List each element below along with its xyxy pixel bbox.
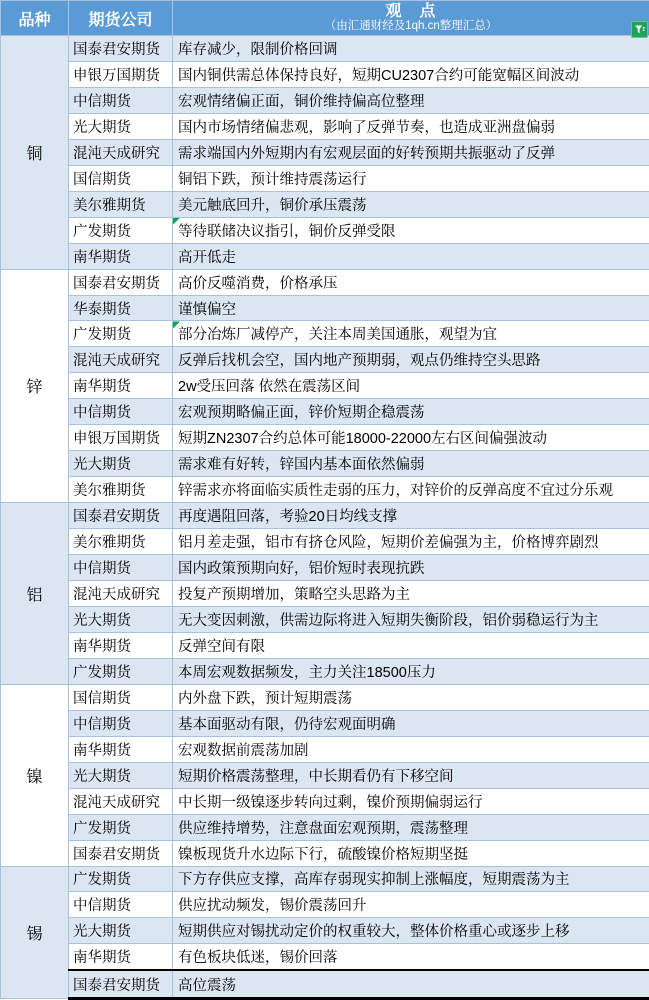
viewpoint-cell: 铜铝下跌，预计维持震荡运行 [173,165,649,191]
company-cell: 光大期货 [69,918,173,944]
viewpoint-text: 2w受压回落 依然在震荡区间 [178,379,360,395]
viewpoint-cell: 国内市场情绪偏悲观，影响了反弹节奏，也造成亚洲盘偏弱 [173,113,649,139]
viewpoint-cell: 投复产预期增加，策略空头思路为主 [173,581,649,607]
table-row: 中信期货宏观预期略偏正面，锌价短期企稳震荡 [1,399,649,425]
viewpoint-cell: 谨慎偏空 [173,295,649,321]
viewpoint-cell: 内外盘下跌，预计短期震荡 [173,684,649,710]
header-viewpoint-title: 观 点 [173,3,649,20]
table-row: 混沌天成研究需求端国内外短期内有宏观层面的好转预期共振驱动了反弹 [1,139,649,165]
table-row: 混沌天成研究反弹后找机会空，国内地产预期弱，观点仍维持空头思路 [1,347,649,373]
header-variety: 品种 [1,1,69,36]
company-cell: 华泰期货 [69,295,173,321]
viewpoint-text: 有色板块低迷，锡价回落 [178,950,338,966]
viewpoint-text: 反弹后找机会空，国内地产预期弱，观点仍维持空头思路 [178,353,541,369]
table-row: 南华期货宏观数据前震荡加剧 [1,736,649,762]
viewpoint-text: 短期价格震荡整理，中长期看仍有下移空间 [178,769,454,785]
table-row: 华泰期货谨慎偏空 [1,295,649,321]
table-row: 南华期货有色板块低迷，锡价回落 [1,944,649,971]
viewpoint-cell: 高位震荡 [173,970,649,998]
viewpoint-text: 国内政策预期向好，铝价短时表现抗跌 [178,561,425,577]
viewpoint-cell: 无大变因刺激，供需边际将进入短期失衡阶段，铝价弱稳运行为主 [173,606,649,632]
viewpoint-cell: 反弹空间有限 [173,632,649,658]
table-row: 混沌天成研究中长期一级镍逐步转向过剩，镍价预期偏弱运行 [1,788,649,814]
viewpoint-cell: 短期ZN2307合约总体可能18000-22000左右区间偏强波动 [173,425,649,451]
table-row: 南华期货高开低走 [1,243,649,269]
viewpoint-cell: 高价反噬消费，价格承压 [173,269,649,295]
viewpoint-text: 高开低走 [178,250,236,266]
company-cell: 美尔雅期货 [69,529,173,555]
table-row: 光大期货短期供应对锡扰动定价的权重较大，整体价格重心或逐步上移 [1,918,649,944]
viewpoint-cell: 需求端国内外短期内有宏观层面的好转预期共振驱动了反弹 [173,139,649,165]
company-cell: 国信期货 [69,165,173,191]
table-row: 中信期货供应扰动频发，锡价震荡回升 [1,892,649,918]
viewpoint-cell: 短期供应对锡扰动定价的权重较大，整体价格重心或逐步上移 [173,918,649,944]
table-row: 美尔雅期货铝月差走强，铝市有挤仓风险，短期价差偏强为主，价格博弈剧烈 [1,529,649,555]
company-cell: 南华期货 [69,243,173,269]
table-row: 光大期货无大变因刺激，供需边际将进入短期失衡阶段，铝价弱稳运行为主 [1,606,649,632]
company-cell: 国泰君安期货 [69,36,173,62]
company-cell: 光大期货 [69,113,173,139]
company-cell: 美尔雅期货 [69,477,173,503]
viewpoint-text: 库存减少，限制价格回调 [178,42,338,58]
funnel-icon [633,23,646,36]
viewpoint-text: 宏观预期略偏正面，锌价短期企稳震荡 [178,405,425,421]
table-row: 广发期货部分冶炼厂减停产，关注本周美国通胀，观望为宜 [1,321,649,347]
company-cell: 国信期货 [69,684,173,710]
viewpoint-cell: 锌需求亦将面临实质性走弱的压力，对锌价的反弹高度不宜过分乐观 [173,477,649,503]
company-cell: 国泰君安期货 [69,269,173,295]
table-row: 广发期货本周宏观数据频发，主力关注18500压力 [1,658,649,684]
viewpoint-cell: 美元触底回升，铜价承压震荡 [173,191,649,217]
company-cell: 国泰君安期货 [69,503,173,529]
viewpoint-text: 中长期一级镍逐步转向过剩，镍价预期偏弱运行 [178,795,483,811]
viewpoint-text: 宏观数据前震荡加剧 [178,743,309,759]
table-row: 申银万国期货短期ZN2307合约总体可能18000-22000左右区间偏强波动 [1,425,649,451]
viewpoint-cell: 国内政策预期向好，铝价短时表现抗跌 [173,555,649,581]
company-cell: 光大期货 [69,762,173,788]
variety-cell-nickel: 镍 [1,684,69,866]
company-cell: 中信期货 [69,892,173,918]
company-cell: 混沌天成研究 [69,581,173,607]
table-row: 中信期货宏观情绪偏正面，铜价维持偏高位整理 [1,87,649,113]
table-row: 混沌天成研究投复产预期增加，策略空头思路为主 [1,581,649,607]
viewpoint-text: 部分冶炼厂减停产，关注本周美国通胀，观望为宜 [178,327,497,343]
company-cell: 广发期货 [69,217,173,243]
variety-cell-copper: 铜 [1,36,69,270]
viewpoint-text: 高位震荡 [178,978,236,994]
company-cell: 广发期货 [69,658,173,684]
viewpoint-cell: 供应维持增势，注意盘面宏观预期，震荡整理 [173,814,649,840]
viewpoint-cell: 再度遇阻回落，考验20日均线支撑 [173,503,649,529]
variety-cell-aluminum: 铝 [1,503,69,685]
viewpoint-text: 国内市场情绪偏悲观，影响了反弹节奏，也造成亚洲盘偏弱 [178,120,555,136]
viewpoint-text: 供应维持增势，注意盘面宏观预期，震荡整理 [178,821,468,837]
viewpoint-cell: 高开低走 [173,243,649,269]
company-cell: 中信期货 [69,399,173,425]
table-row: 光大期货短期价格震荡整理，中长期看仍有下移空间 [1,762,649,788]
viewpoint-cell: 镍板现货升水边际下行，硫酸镍价格短期坚挺 [173,840,649,866]
table-row: 铜国泰君安期货库存减少，限制价格回调 [1,36,649,62]
futures-opinions-table: 品种 期货公司 观 点 （由汇通财经及1qh.cn整理汇总） 铜国泰君安期货库存… [0,0,649,1000]
viewpoint-text: 锌需求亦将面临实质性走弱的压力，对锌价的反弹高度不宜过分乐观 [178,483,613,499]
viewpoint-text: 无大变因刺激，供需边际将进入短期失衡阶段，铝价弱稳运行为主 [178,613,599,629]
table-row: 锌国泰君安期货高价反噬消费，价格承压 [1,269,649,295]
viewpoint-cell: 铝月差走强，铝市有挤仓风险，短期价差偏强为主，价格博弈剧烈 [173,529,649,555]
viewpoint-text: 铜铝下跌，预计维持震荡运行 [178,172,367,188]
viewpoint-cell: 反弹后找机会空，国内地产预期弱，观点仍维持空头思路 [173,347,649,373]
viewpoint-text: 再度遇阻回落，考验20日均线支撑 [178,509,397,525]
company-cell: 中信期货 [69,555,173,581]
company-cell: 国泰君安期货 [69,840,173,866]
viewpoint-cell: 宏观情绪偏正面，铜价维持偏高位整理 [173,87,649,113]
viewpoint-cell: 供应扰动频发，锡价震荡回升 [173,892,649,918]
company-cell: 美尔雅期货 [69,191,173,217]
viewpoint-text: 投复产预期增加，策略空头思路为主 [178,587,410,603]
viewpoint-text: 基本面驱动有限，仍待宏观面明确 [178,717,396,733]
viewpoint-cell: 国内铜供需总体保持良好，短期CU2307合约可能宽幅区间波动 [173,61,649,87]
company-cell: 混沌天成研究 [69,788,173,814]
viewpoint-cell: 基本面驱动有限，仍待宏观面明确 [173,710,649,736]
viewpoint-text: 需求端国内外短期内有宏观层面的好转预期共振驱动了反弹 [178,146,555,162]
header-row: 品种 期货公司 观 点 （由汇通财经及1qh.cn整理汇总） [1,1,649,36]
table-row: 南华期货2w受压回落 依然在震荡区间 [1,373,649,399]
company-cell: 申银万国期货 [69,61,173,87]
viewpoint-cell: 下方存供应支撑，高库存弱现实抑制上涨幅度，短期震荡为主 [173,866,649,892]
table-row: 国泰君安期货镍板现货升水边际下行，硫酸镍价格短期坚挺 [1,840,649,866]
company-cell: 申银万国期货 [69,425,173,451]
viewpoint-text: 内外盘下跌，预计短期震荡 [178,691,352,707]
table-row: 国泰君安期货高位震荡 [1,970,649,998]
viewpoint-text: 高价反噬消费，价格承压 [178,276,338,292]
company-cell: 南华期货 [69,736,173,762]
company-cell: 混沌天成研究 [69,347,173,373]
viewpoint-text: 镍板现货升水边际下行，硫酸镍价格短期坚挺 [178,847,468,863]
viewpoint-cell: 宏观预期略偏正面，锌价短期企稳震荡 [173,399,649,425]
table-row: 中信期货国内政策预期向好，铝价短时表现抗跌 [1,555,649,581]
variety-cell-tin: 锡 [1,866,69,999]
table-row: 申银万国期货国内铜供需总体保持良好，短期CU2307合约可能宽幅区间波动 [1,61,649,87]
viewpoint-text: 铝月差走强，铝市有挤仓风险，短期价差偏强为主，价格博弈剧烈 [178,535,599,551]
table-row: 国信期货铜铝下跌，预计维持震荡运行 [1,165,649,191]
viewpoint-cell: 短期价格震荡整理，中长期看仍有下移空间 [173,762,649,788]
table-row: 南华期货反弹空间有限 [1,632,649,658]
table-row: 美尔雅期货美元触底回升，铜价承压震荡 [1,191,649,217]
viewpoint-text: 美元触底回升，铜价承压震荡 [178,198,367,214]
viewpoint-text: 下方存供应支撑，高库存弱现实抑制上涨幅度，短期震荡为主 [178,872,570,888]
viewpoint-cell: 需求难有好转，锌国内基本面依然偏弱 [173,451,649,477]
viewpoint-text: 需求难有好转，锌国内基本面依然偏弱 [178,457,425,473]
viewpoint-cell: 2w受压回落 依然在震荡区间 [173,373,649,399]
table-row: 美尔雅期货锌需求亦将面临实质性走弱的压力，对锌价的反弹高度不宜过分乐观 [1,477,649,503]
company-cell: 南华期货 [69,632,173,658]
viewpoint-text: 短期供应对锡扰动定价的权重较大，整体价格重心或逐步上移 [178,924,570,940]
company-cell: 国泰君安期货 [69,970,173,998]
table-row: 铝国泰君安期货再度遇阻回落，考验20日均线支撑 [1,503,649,529]
table-row: 光大期货国内市场情绪偏悲观，影响了反弹节奏，也造成亚洲盘偏弱 [1,113,649,139]
company-cell: 广发期货 [69,321,173,347]
table-row: 光大期货需求难有好转，锌国内基本面依然偏弱 [1,451,649,477]
variety-cell-zinc: 锌 [1,269,69,503]
viewpoint-text: 本周宏观数据频发，主力关注18500压力 [178,665,436,681]
company-cell: 广发期货 [69,814,173,840]
company-cell: 南华期货 [69,944,173,971]
viewpoint-text: 短期ZN2307合约总体可能18000-22000左右区间偏强波动 [178,431,547,447]
viewpoint-text: 国内铜供需总体保持良好，短期CU2307合约可能宽幅区间波动 [178,68,579,84]
company-cell: 光大期货 [69,606,173,632]
viewpoint-text: 反弹空间有限 [178,639,265,655]
header-viewpoint: 观 点 （由汇通财经及1qh.cn整理汇总） [173,1,649,36]
viewpoint-cell: 本周宏观数据频发，主力关注18500压力 [173,658,649,684]
table-row: 广发期货等待联储决议指引，铜价反弹受限 [1,217,649,243]
viewpoint-cell: 宏观数据前震荡加剧 [173,736,649,762]
viewpoint-cell: 有色板块低迷，锡价回落 [173,944,649,971]
company-cell: 光大期货 [69,451,173,477]
header-company: 期货公司 [69,1,173,36]
company-cell: 南华期货 [69,373,173,399]
viewpoint-text: 等待联储决议指引，铜价反弹受限 [178,224,396,240]
viewpoint-cell: 库存减少，限制价格回调 [173,36,649,62]
company-cell: 中信期货 [69,710,173,736]
company-cell: 中信期货 [69,87,173,113]
company-cell: 混沌天成研究 [69,139,173,165]
viewpoint-text: 供应扰动频发，锡价震荡回升 [178,898,367,914]
viewpoint-text: 宏观情绪偏正面，铜价维持偏高位整理 [178,94,425,110]
viewpoint-cell: 等待联储决议指引，铜价反弹受限 [173,217,649,243]
table-row: 镍国信期货内外盘下跌，预计短期震荡 [1,684,649,710]
company-cell: 广发期货 [69,866,173,892]
table-row: 锡广发期货下方存供应支撑，高库存弱现实抑制上涨幅度，短期震荡为主 [1,866,649,892]
table-row: 广发期货供应维持增势，注意盘面宏观预期，震荡整理 [1,814,649,840]
header-viewpoint-subtitle: （由汇通财经及1qh.cn整理汇总） [173,20,649,33]
table-row: 中信期货基本面驱动有限，仍待宏观面明确 [1,710,649,736]
viewpoint-cell: 部分冶炼厂减停产，关注本周美国通胀，观望为宜 [173,321,649,347]
filter-button[interactable] [631,21,648,38]
viewpoint-cell: 中长期一级镍逐步转向过剩，镍价预期偏弱运行 [173,788,649,814]
viewpoint-text: 谨慎偏空 [178,302,236,318]
opinions-table: 品种 期货公司 观 点 （由汇通财经及1qh.cn整理汇总） 铜国泰君安期货库存… [0,0,649,1000]
